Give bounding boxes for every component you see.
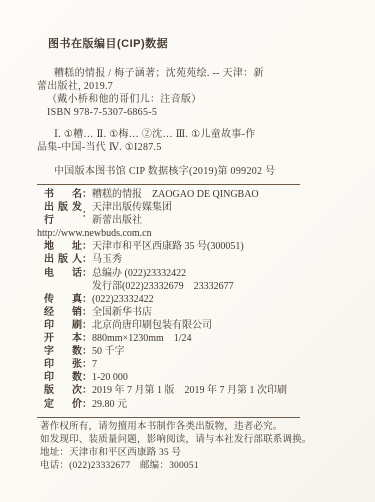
label-colon: ： [82,332,92,345]
cip-title-statement-line1: 糟糕的情报 / 梅子涵著；沈苑苑绘. -- 天津：新 [37,67,345,80]
row-price-value: 29.80 元 [92,398,127,411]
copyright-notice-block: 著作权所有，请勿擅用本书制作各类出版物，违者必究。 如发现印、装质量问题，影响阅… [40,421,345,473]
row-format-value: 880mm×1230mm 1/24 [92,332,192,345]
row-edition-value: 2019 年 7 月第 1 版 2019 年 7 月第 1 次印刷 [92,384,287,397]
copyright-page: 图书在版编目(CIP)数据 糟糕的情报 / 梅子涵著；沈苑苑绘. -- 天津：新… [0,0,375,502]
row-fax: 传真： (022)23332422 [0,293,375,306]
row-address-label: 地址 [44,240,82,253]
label-colon: ： [82,240,92,253]
contact-phone-postcode: 电话：(022)23332677 邮编：300051 [40,460,345,473]
label-colon: ： [82,319,92,332]
row-publisher-person: 出版人： 马玉秀 [0,253,375,266]
publisher-website: http://www.newbuds.com.cn [0,227,375,240]
row-fax-label: 传真 [44,293,82,306]
row-book-name: 书名： 糟糕的情报 ZAOGAO DE QINGBAO [0,188,375,201]
publisher-group-name: 天津出版传媒集团 [92,201,172,214]
row-format: 开本： 880mm×1230mm 1/24 [0,332,375,345]
cip-classification-line1: Ⅰ. ①糟… Ⅱ. ①梅… ②沈… Ⅲ. ①儿童故事-作 [37,128,345,141]
cip-isbn: ISBN 978-7-5307-6865-5 [37,106,345,119]
row-book-name-label: 书名 [44,188,82,201]
contact-address: 地址：天津市和平区西康路 35 号 [40,447,345,460]
label-colon: ： [82,358,92,371]
label-colon: ： [82,293,92,306]
cip-title-statement-line2: 蕾出版社, 2019.7 [37,80,345,93]
row-print-run: 印数： 1-20 000 [0,371,375,384]
label-colon: ： [82,188,92,201]
row-edition-label: 版次 [44,384,82,397]
label-colon: ： [82,384,92,397]
row-distribution-label: 经销 [44,306,82,319]
row-price-label: 定价 [44,398,82,411]
cip-classification: Ⅰ. ①糟… Ⅱ. ①梅… ②沈… Ⅲ. ①儿童故事-作 品集-中国-当代 Ⅳ.… [37,128,345,154]
divider-bottom [37,417,300,418]
row-phone-label: 电话 [44,267,82,280]
row-print-run-value: 1-20 000 [92,371,128,384]
phone-editorial-office: 总编办 (022)23332422 [92,267,234,280]
label-colon: ： [82,267,92,280]
row-format-label: 开本 [44,332,82,345]
publisher-press-name: 新蕾出版社 [92,214,172,227]
row-book-name-value: 糟糕的情报 ZAOGAO DE QINGBAO [92,188,259,201]
row-sheets: 印张： 7 [0,358,375,371]
quality-exchange-note: 如发现印、装质量问题，影响阅读，请与本社发行部联系调换。 [40,434,345,447]
label-colon: ： [82,306,92,319]
row-fax-value: (022)23332422 [92,293,154,306]
row-phone-value: 总编办 (022)23332422 发行部(022)23332679 23332… [92,267,234,293]
row-publisher-value: 天津出版传媒集团 新蕾出版社 [92,201,172,227]
cip-series-note: （戴小桥和他的哥们儿：注音版） [37,93,345,106]
cip-header-title: 图书在版编目(CIP)数据 [48,38,375,51]
row-distribution: 经销： 全国新华书店 [0,306,375,319]
label-colon: ： [82,208,92,221]
row-printing-value: 北京尚唐印刷包装有限公司 [92,319,212,332]
row-word-count-label: 字数 [44,345,82,358]
row-phone: 电话： 总编办 (022)23332422 发行部(022)23332679 2… [0,267,375,293]
row-distribution-value: 全国新华书店 [92,306,152,319]
row-sheets-value: 7 [92,358,97,371]
label-colon: ： [82,371,92,384]
label-colon: ： [82,253,92,266]
row-print-run-label: 印数 [44,371,82,384]
label-colon: ： [82,345,92,358]
row-address-value: 天津市和平区西康路 35 号(300051) [92,240,244,253]
cip-verification-number: 中国版本图书馆 CIP 数据核字(2019)第 099202 号 [37,165,345,178]
row-edition: 版次： 2019 年 7 月第 1 版 2019 年 7 月第 1 次印刷 [0,384,375,397]
row-publisher: 出版发行： 天津出版传媒集团 新蕾出版社 [0,201,375,227]
row-printing-label: 印刷 [44,319,82,332]
label-colon: ： [82,398,92,411]
row-word-count-value: 50 千字 [92,345,125,358]
cip-classification-line2: 品集-中国-当代 Ⅳ. ①I287.5 [37,141,345,154]
row-publisher-label: 出版发行 [44,201,82,227]
publication-info-section: 书名： 糟糕的情报 ZAOGAO DE QINGBAO 出版发行： 天津出版传媒… [0,188,375,411]
row-publisher-person-value: 马玉秀 [92,253,122,266]
divider-top [37,184,300,185]
row-word-count: 字数： 50 千字 [0,345,375,358]
row-price: 定价： 29.80 元 [0,398,375,411]
row-publisher-person-label: 出版人 [44,253,82,266]
phone-distribution-dept: 发行部(022)23332679 23332677 [92,280,234,293]
copyright-warning: 著作权所有，请勿擅用本书制作各类出版物，违者必究。 [40,421,345,434]
cip-record-block: 糟糕的情报 / 梅子涵著；沈苑苑绘. -- 天津：新 蕾出版社, 2019.7 … [37,67,345,178]
row-printing: 印刷： 北京尚唐印刷包装有限公司 [0,319,375,332]
row-sheets-label: 印张 [44,358,82,371]
row-address: 地址： 天津市和平区西康路 35 号(300051) [0,240,375,253]
